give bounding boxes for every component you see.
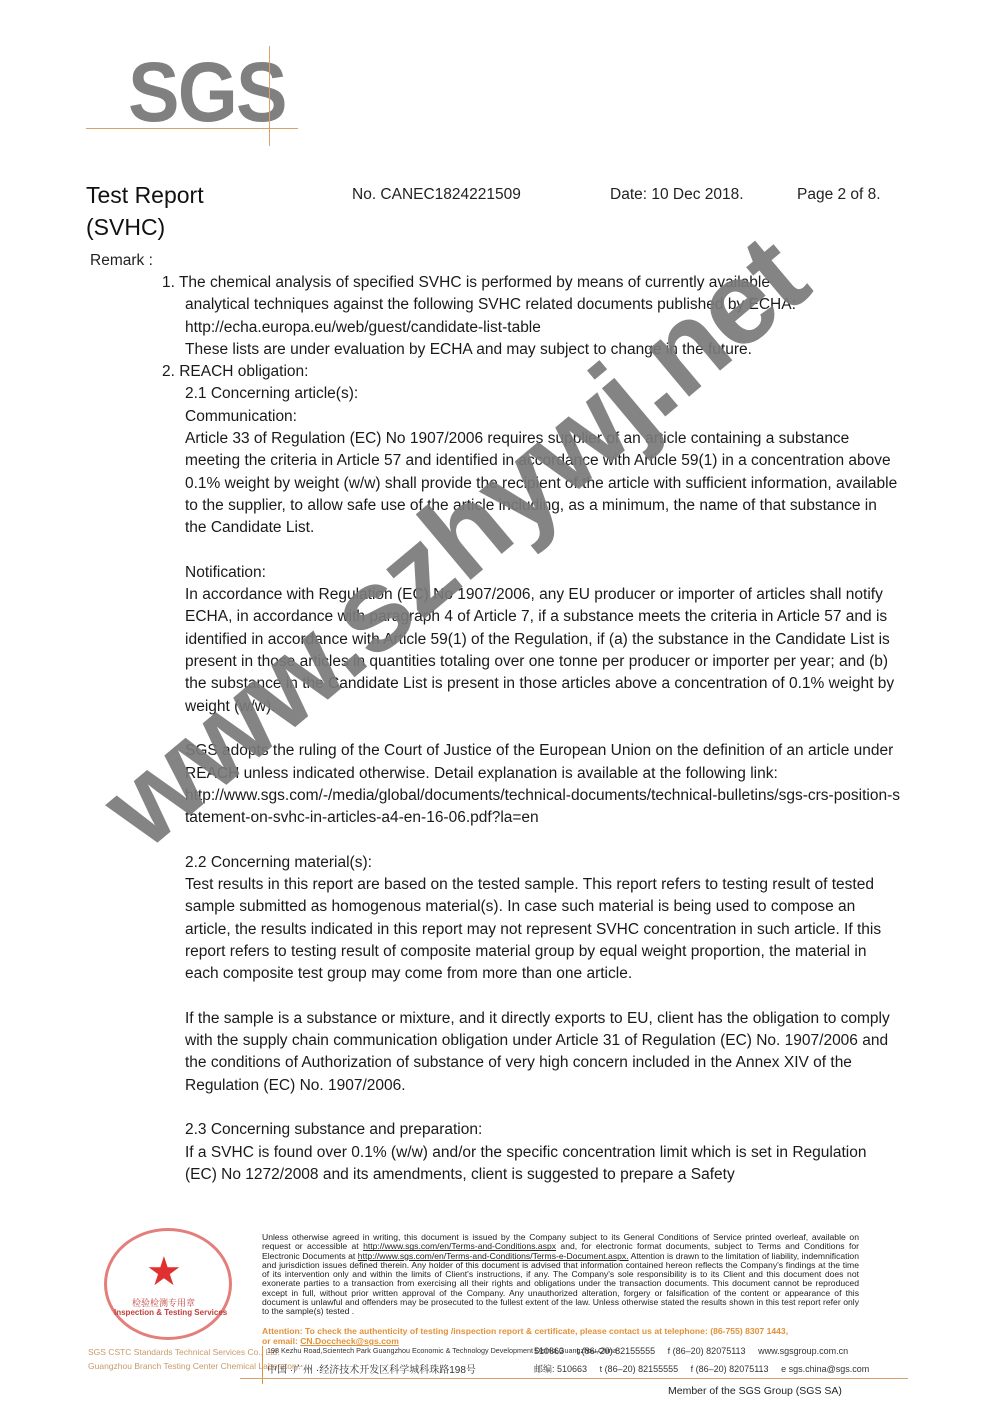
ruling-text: SGS adopts the ruling of the Court of Ju… <box>185 740 902 785</box>
item1-line2: analytical techniques against the follow… <box>162 294 902 316</box>
section-2-1-heading: 2.1 Concerning article(s): <box>185 383 902 405</box>
communication-text: Article 33 of Regulation (EC) No 1907/20… <box>185 428 902 539</box>
seal-english-text: Inspection & Testing Services <box>114 1308 227 1317</box>
section-2-2-heading: 2.2 Concerning material(s): <box>185 852 902 874</box>
notification-text: In accordance with Regulation (EC) No 19… <box>185 584 902 718</box>
fax-2: f (86–20) 82075113 <box>691 1364 769 1374</box>
address-chinese: 中国 ·广州 ·经济技术开发区科学城科珠路198号 <box>267 1361 476 1376</box>
sgs-position-statement-link[interactable]: http://www.sgs.com/-/media/global/docume… <box>185 785 902 830</box>
logo-vertical-rule <box>269 46 270 146</box>
communication-label: Communication: <box>185 406 902 428</box>
report-title: Test Report <box>86 180 204 210</box>
remark-label: Remark : <box>90 252 153 270</box>
legal-disclaimer: Unless otherwise agreed in writing, this… <box>262 1233 859 1317</box>
fax: f (86–20) 82075113 <box>668 1346 746 1356</box>
item1-line4: These lists are under evaluation by ECHA… <box>162 339 902 361</box>
member-statement: Member of the SGS Group (SGS SA) <box>668 1385 842 1397</box>
section-2-2-text: Test results in this report are based on… <box>185 874 902 985</box>
telephone-2: t (86–20) 82155555 <box>600 1364 679 1374</box>
report-body: 1. The chemical analysis of specified SV… <box>162 272 902 1186</box>
report-subtitle: (SVHC) <box>86 212 165 242</box>
postcode-cn: 邮编: 510663 <box>534 1364 587 1374</box>
sgs-logo: SGS <box>86 46 298 146</box>
doccheck-email-link[interactable]: CN.Doccheck@sgs.com <box>300 1336 399 1346</box>
notification-label: Notification: <box>185 562 902 584</box>
legal-text-3: Attention is drawn to the limitation of … <box>262 1251 859 1317</box>
report-number: No. CANEC1824221509 <box>352 186 521 204</box>
website-link[interactable]: www.sgsgroup.com.cn <box>758 1346 848 1356</box>
authenticity-notice: Attention: To check the authenticity of … <box>262 1326 862 1346</box>
email-prefix: or email: <box>262 1336 300 1346</box>
contact-row-1: 510663 t (86–20) 82155555 f (86–20) 8207… <box>534 1346 858 1356</box>
footer-divider <box>240 1378 908 1379</box>
lab-name-line1: SGS CSTC Standards Technical Services Co… <box>88 1347 280 1357</box>
inspection-seal: ★ 检验检测专用章 Inspection & Testing Services <box>92 1228 244 1346</box>
postcode-en: 510663 <box>534 1346 564 1356</box>
star-icon: ★ <box>146 1252 182 1292</box>
section-2-2-text2: If the sample is a substance or mixture,… <box>185 1008 902 1097</box>
contact-row-2: 邮编: 510663 t (86–20) 82155555 f (86–20) … <box>534 1362 879 1375</box>
page-number: Page 2 of 8. <box>797 186 881 204</box>
authenticity-phone-text: Attention: To check the authenticity of … <box>262 1326 862 1336</box>
item1-line1: 1. The chemical analysis of specified SV… <box>162 272 902 294</box>
echa-link[interactable]: http://echa.europa.eu/web/guest/candidat… <box>162 317 902 339</box>
section-2-3-heading: 2.3 Concerning substance and preparation… <box>185 1119 902 1141</box>
telephone: t (86–20) 82155555 <box>577 1346 656 1356</box>
sgs-logo-text: SGS <box>128 50 286 134</box>
section-2-3-text: If a SVHC is found over 0.1% (w/w) and/o… <box>185 1142 902 1187</box>
item2-heading: 2. REACH obligation: <box>162 361 902 383</box>
report-date: Date: 10 Dec 2018. <box>610 186 744 204</box>
logo-horizontal-rule <box>86 128 298 129</box>
email-link[interactable]: e sgs.china@sgs.com <box>781 1364 869 1374</box>
